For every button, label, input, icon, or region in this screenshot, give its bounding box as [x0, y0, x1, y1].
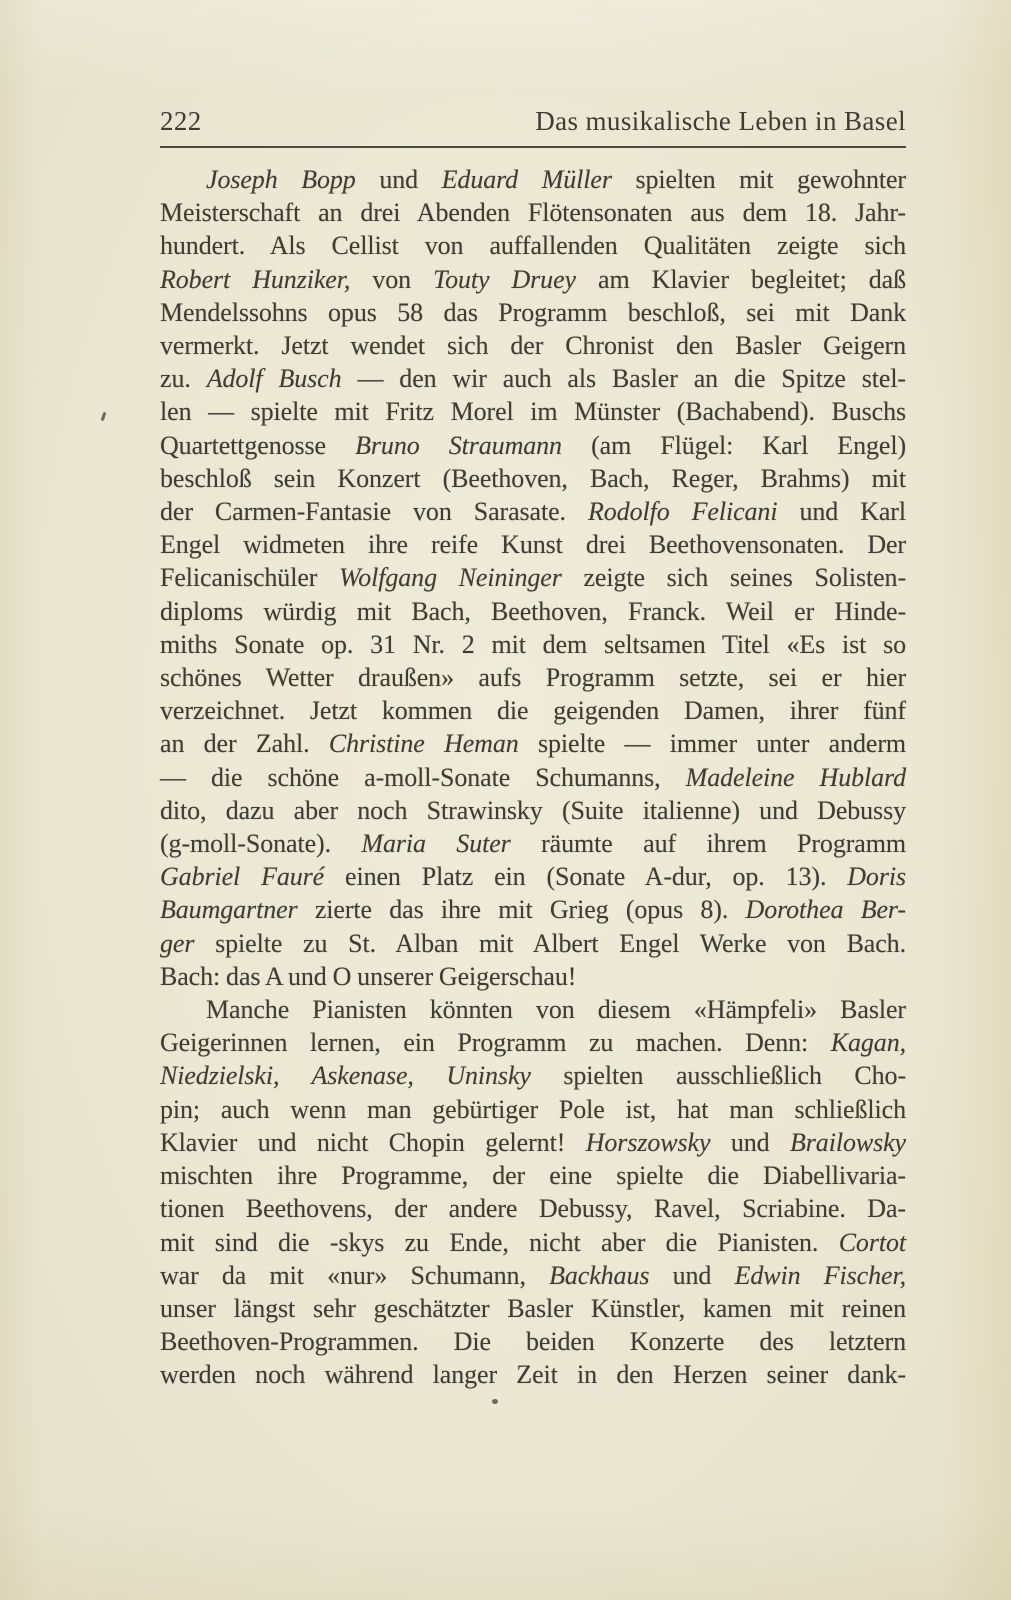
- italic-name: Adolf Busch: [207, 364, 342, 393]
- text-line: mit sind die -skys zu Ende, nicht aber d…: [160, 1226, 906, 1259]
- roman-text: diploms würdig mit Bach, Beethoven, Fran…: [160, 597, 906, 626]
- roman-text: vermerkt. Jetzt wendet sich der Chronist…: [160, 331, 906, 360]
- text-line: miths Sonate op. 31 Nr. 2 mit dem seltsa…: [160, 628, 906, 661]
- roman-text: räumte auf ihrem Programm: [511, 829, 906, 858]
- roman-text: war da mit «nur» Schumann,: [160, 1261, 549, 1290]
- text-line: Quartettgenosse Bruno Straumann (am Flüg…: [160, 429, 906, 462]
- roman-text: pin; auch wenn man gebürtiger Pole ist, …: [160, 1095, 906, 1124]
- italic-name: Robert Hunziker,: [160, 265, 350, 294]
- text-line: Engel widmeten ihre reife Kunst drei Bee…: [160, 528, 906, 561]
- roman-text: schönes Wetter draußen» aufs Programm se…: [160, 663, 906, 692]
- ink-speck: [492, 1399, 498, 1404]
- roman-text: (g-moll-Sonate).: [160, 829, 361, 858]
- italic-name: Christine Heman: [329, 729, 519, 758]
- text-line: an der Zahl. Christine Heman spielte — i…: [160, 727, 906, 760]
- roman-text: von: [350, 265, 433, 294]
- italic-name: Kagan,: [831, 1028, 906, 1057]
- roman-text: der Carmen-Fantasie von Sarasate.: [160, 497, 588, 526]
- italic-name: Eduard Müller: [442, 165, 612, 194]
- italic-name: Wolfgang Neininger: [339, 563, 562, 592]
- roman-text: len — spielte mit Fritz Morel im Münster…: [160, 397, 906, 426]
- text-line: Manche Pianisten könnten von diesem «Häm…: [160, 993, 906, 1026]
- roman-text: zu.: [160, 364, 207, 393]
- roman-text: spielte — immer unter anderm: [519, 729, 906, 758]
- page-number: 222: [160, 106, 202, 137]
- italic-name: Niedzielski, Askenase, Uninsky: [160, 1061, 531, 1090]
- text-line: len — spielte mit Fritz Morel im Münster…: [160, 395, 906, 428]
- roman-text: Meisterschaft an drei Abenden Flötensona…: [160, 198, 906, 227]
- ink-speck: [101, 412, 107, 421]
- text-line: vermerkt. Jetzt wendet sich der Chronist…: [160, 329, 906, 362]
- italic-name: Baumgartner: [160, 895, 298, 924]
- italic-name: ger: [160, 929, 194, 958]
- roman-text: beschloß sein Konzert (Beethoven, Bach, …: [160, 464, 906, 493]
- roman-text: dito, dazu aber noch Strawinsky (Suite i…: [160, 796, 906, 825]
- roman-text: an der Zahl.: [160, 729, 329, 758]
- roman-text: Mendelssohns opus 58 das Programm beschl…: [160, 298, 906, 327]
- roman-text: am Klavier begleitet; daß: [576, 265, 906, 294]
- text-line: ger spielte zu St. Alban mit Albert Enge…: [160, 927, 906, 960]
- roman-text: werden noch während langer Zeit in den H…: [160, 1360, 906, 1389]
- roman-text: Engel widmeten ihre reife Kunst drei Bee…: [160, 530, 906, 559]
- text-line: Beethoven-Programmen. Die beiden Konzert…: [160, 1325, 906, 1358]
- italic-name: Maria Suter: [361, 829, 510, 858]
- text-line: Gabriel Fauré einen Platz ein (Sonate A-…: [160, 860, 906, 893]
- text-line: Meisterschaft an drei Abenden Flötensona…: [160, 196, 906, 229]
- text-line: Klavier und nicht Chopin gelernt! Horszo…: [160, 1126, 906, 1159]
- text-line: der Carmen-Fantasie von Sarasate. Rodolf…: [160, 495, 906, 528]
- header-rule: [160, 146, 906, 148]
- roman-text: spielten ausschließlich Cho-: [531, 1061, 906, 1090]
- roman-text: Felicanischüler: [160, 563, 339, 592]
- text-line: werden noch während langer Zeit in den H…: [160, 1358, 906, 1391]
- text-line: tionen Beethovens, der andere Debussy, R…: [160, 1192, 906, 1225]
- text-line: Mendelssohns opus 58 das Programm beschl…: [160, 296, 906, 329]
- italic-name: Brailowsky: [790, 1128, 906, 1157]
- text-line: unser längst sehr geschätzter Basler Kün…: [160, 1292, 906, 1325]
- text-line: Geigerinnen lernen, ein Programm zu mach…: [160, 1026, 906, 1059]
- italic-name: Cortot: [839, 1228, 906, 1257]
- roman-text: miths Sonate op. 31 Nr. 2 mit dem seltsa…: [160, 630, 906, 659]
- italic-name: Bruno Straumann: [355, 431, 562, 460]
- italic-name: Backhaus: [549, 1261, 649, 1290]
- text-line: Felicanischüler Wolfgang Neininger zeigt…: [160, 561, 906, 594]
- italic-name: Doris: [847, 862, 906, 891]
- roman-text: und: [649, 1261, 734, 1290]
- roman-text: tionen Beethovens, der andere Debussy, R…: [160, 1194, 906, 1223]
- roman-text: Klavier und nicht Chopin gelernt!: [160, 1128, 586, 1157]
- text-line: Robert Hunziker, von Touty Druey am Klav…: [160, 263, 906, 296]
- text-line: schönes Wetter draußen» aufs Programm se…: [160, 661, 906, 694]
- text-line: hundert. Als Cellist von auffallenden Qu…: [160, 229, 906, 262]
- page-header: 222 Das musikalische Leben in Basel: [160, 106, 906, 137]
- italic-name: Joseph Bopp: [206, 165, 356, 194]
- text-line: beschloß sein Konzert (Beethoven, Bach, …: [160, 462, 906, 495]
- text-line: war da mit «nur» Schumann, Backhaus und …: [160, 1259, 906, 1292]
- roman-text: mischten ihre Programme, der eine spielt…: [160, 1161, 906, 1190]
- scanned-book-page: 222 Das musikalische Leben in Basel Jose…: [0, 0, 1011, 1600]
- text-line: pin; auch wenn man gebürtiger Pole ist, …: [160, 1093, 906, 1126]
- paragraph: Joseph Bopp und Eduard Müller spielten m…: [160, 163, 906, 993]
- paragraph: Manche Pianisten könnten von diesem «Häm…: [160, 993, 906, 1391]
- roman-text: verzeichnet. Jetzt kommen die geigenden …: [160, 696, 906, 725]
- text-line: Baumgartner zierte das ihre mit Grieg (o…: [160, 893, 906, 926]
- text-line: Niedzielski, Askenase, Uninsky spielten …: [160, 1059, 906, 1092]
- roman-text: mit sind die -skys zu Ende, nicht aber d…: [160, 1228, 839, 1257]
- italic-name: Gabriel Fauré: [160, 862, 324, 891]
- roman-text: zierte das ihre mit Grieg (opus 8).: [298, 895, 746, 924]
- roman-text: Quartettgenosse: [160, 431, 355, 460]
- italic-name: Madeleine Hublard: [686, 763, 906, 792]
- text-line: Bach: das A und O unserer Geigerschau!: [160, 960, 906, 993]
- text-line: verzeichnet. Jetzt kommen die geigenden …: [160, 694, 906, 727]
- roman-text: spielte zu St. Alban mit Albert Engel We…: [194, 929, 906, 958]
- roman-text: unser längst sehr geschätzter Basler Kün…: [160, 1294, 906, 1323]
- roman-text: — den wir auch als Basler an die Spitze …: [342, 364, 906, 393]
- text-block: Joseph Bopp und Eduard Müller spielten m…: [160, 163, 906, 1392]
- roman-text: und: [356, 165, 442, 194]
- text-line: diploms würdig mit Bach, Beethoven, Fran…: [160, 595, 906, 628]
- text-line: zu. Adolf Busch — den wir auch als Basle…: [160, 362, 906, 395]
- italic-name: Edwin Fischer,: [735, 1261, 906, 1290]
- roman-text: (am Flügel: Karl Engel): [562, 431, 906, 460]
- roman-text: Beethoven-Programmen. Die beiden Konzert…: [160, 1327, 906, 1356]
- roman-text: und: [710, 1128, 790, 1157]
- roman-text: spielten mit gewohnter: [612, 165, 906, 194]
- roman-text: Manche Pianisten könnten von diesem «Häm…: [206, 995, 906, 1024]
- text-line: — die schöne a-moll-Sonate Schumanns, Ma…: [160, 761, 906, 794]
- text-line: (g-moll-Sonate). Maria Suter räumte auf …: [160, 827, 906, 860]
- text-line: Joseph Bopp und Eduard Müller spielten m…: [160, 163, 906, 196]
- italic-name: Horszowsky: [586, 1128, 711, 1157]
- roman-text: — die schöne a-moll-Sonate Schumanns,: [160, 763, 686, 792]
- roman-text: Bach: das A und O unserer Geigerschau!: [160, 962, 576, 991]
- roman-text: und Karl: [777, 497, 906, 526]
- text-line: dito, dazu aber noch Strawinsky (Suite i…: [160, 794, 906, 827]
- italic-name: Dorothea Ber-: [746, 895, 906, 924]
- italic-name: Rodolfo Felicani: [588, 497, 777, 526]
- roman-text: einen Platz ein (Sonate A-dur, op. 13).: [324, 862, 847, 891]
- italic-name: Touty Druey: [433, 265, 576, 294]
- running-title: Das musikalische Leben in Basel: [535, 106, 906, 137]
- roman-text: hundert. Als Cellist von auffallenden Qu…: [160, 231, 906, 260]
- text-line: mischten ihre Programme, der eine spielt…: [160, 1159, 906, 1192]
- roman-text: Geigerinnen lernen, ein Programm zu mach…: [160, 1028, 831, 1057]
- roman-text: zeigte sich seines Solisten-: [562, 563, 906, 592]
